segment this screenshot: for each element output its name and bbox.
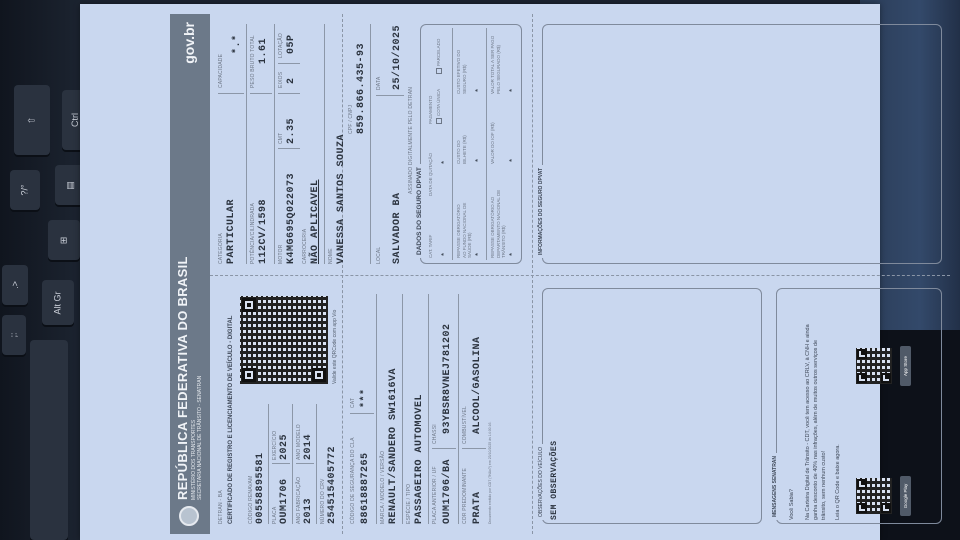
marca-modelo-label: MARCA / MODELO / VERSÃO [380,451,386,524]
especie-tipo-label: ESPÉCIE / TIPO [406,484,412,524]
repasse-fns-label: REPASSE OBRIGATÓRIO AO FUNDO NACIONAL DE… [456,198,473,258]
cat-value: *** [360,388,371,408]
data-value: 25/10/2025 [392,25,403,90]
header-subtitle: MINISTÉRIO DOS TRANSPORTES SECRETARIA NA… [191,376,203,500]
lotacao-value: 05P [286,34,297,54]
cpf-value: 859.866.435-93 [356,43,367,134]
cla-label: CÓDIGO DE SEGURANÇA DO CLA [350,437,356,524]
crlv-paper: REPÚBLICA FEDERATIVA DO BRASIL MINISTÉRI… [80,4,880,540]
mensagens-body: Na Carteira Digital de Trânsito - CDT, v… [804,320,828,520]
valor-iof-value: * [508,159,517,162]
repasse-fns-value: * [474,253,483,256]
carroceria-label: CARROCERIA [302,229,308,264]
cota-unica-checkbox[interactable] [436,118,442,124]
signed-note: ASSINADO DIGITALMENTE PELO DETRAN [408,87,414,194]
repasse-denatran-value: * [508,253,517,256]
custo-bilhete-label: CUSTO DO BILHETE (R$) [456,124,467,164]
categoria-label: CATEGORIA [218,233,224,264]
informacoes-dpvat-title: INFORMAÇÕES DO SEGURO DPVAT [538,165,544,258]
placa-label: PLACA [272,507,278,524]
mensagens-title: MENSAGENS SENATRAN [772,453,778,520]
lotacao-label: LOTAÇÃO [278,33,284,58]
cmt-label: CMT [278,133,284,144]
peso-bruto-value: 1.61 [258,38,269,64]
valor-total-label: VALOR TOTAL A SER PAGO PELO SEGURADO (R$… [490,34,501,94]
potencia-value: 112CV/1598 [258,199,269,264]
crv-label: NÚMERO DO CRV [320,478,326,524]
document-header: REPÚBLICA FEDERATIVA DO BRASIL MINISTÉRI… [170,14,210,534]
capacidade-value: *.* [232,34,243,54]
key-question: ?/° [10,170,40,210]
header-title: REPÚBLICA FEDERATIVA DO BRASIL [175,256,190,500]
combustivel-label: COMBUSTÍVEL [462,406,468,444]
key-shift: ⇧ [14,85,50,155]
exercicio-value: 2025 [279,434,290,460]
crlv-document: REPÚBLICA FEDERATIVA DO BRASIL MINISTÉRI… [170,14,950,534]
chassi-value: 93YBSR8VNEJ781202 [442,323,453,434]
marca-modelo-value: RENAULT/SANDERO SW1616VA [388,368,399,524]
validation-qr-code[interactable] [240,296,328,384]
app-store-qr-code[interactable] [856,348,892,384]
repasse-denatran-label: REPASSE OBRIGATÓRIO AO DEPARTAMENTO NACI… [490,188,507,258]
potencia-label: POTÊNCIA/CILINDRADA [250,203,256,264]
capacidade-label: CAPACIDADE [218,54,224,88]
emitted-note: Documento emitido por CDT (?Não?) em 23/… [488,422,492,524]
ano-modelo-value: 2014 [303,434,314,460]
especie-tipo-value: PASSAGEIRO AUTOMOVEL [414,394,425,524]
combustivel-value: ALCOOL/GASOLINA [472,336,483,434]
placa-value: OUM1706 [279,478,290,524]
observacoes-value: SEM OBSERVAÇÕES [550,440,559,520]
local-value: SALVADOR BA [392,192,403,264]
mensagens-heading: Você Sabia? [788,489,796,520]
motor-value: K4MG695Q022073 [286,173,297,264]
parcelado-option[interactable]: PARCELADO [436,39,442,74]
chassi-label: CHASSI [432,424,438,444]
eixos-label: EIXOS [278,72,284,88]
peso-bruto-label: PESO BRUTO TOTAL [250,35,256,88]
key-period: .> [2,265,28,305]
local-label: LOCAL [376,247,382,264]
key-space [30,340,68,540]
data-quitacao-value: * [440,161,449,164]
ano-fabricacao-value: 2013 [303,498,314,524]
custo-efetivo-label: CUSTO EFETIVO DO SEGURO (R$) [456,44,467,94]
mensagens-cta: Leia o QR Code e baixe agora. [834,444,842,520]
cla-value: 88618887265 [360,452,371,524]
cat-tarif-value: * [440,253,449,256]
custo-efetivo-value: * [474,89,483,92]
data-quitacao-label: DATA DE QUITAÇÃO [428,153,434,196]
valor-total-value: * [508,89,517,92]
crv-value: 254515405772 [327,446,338,524]
categoria-value: PARTICULAR [226,199,237,264]
govbr-logo: gov.br [181,22,197,64]
app-store-badge[interactable]: App Store [900,346,911,386]
cpf-label: CPF / CNPJ [348,105,354,134]
key-windows: ⊞ [48,220,80,260]
renavam-label: CÓDIGO RENAVAM [248,476,254,524]
eixos-value: 2 [286,77,297,84]
key-semicolon: ;: [2,315,26,355]
key-altgr: Alt Gr [42,280,74,325]
dpvat-title: DADOS DO SEGURO DPVAT [416,164,423,258]
parcelado-checkbox[interactable] [436,68,442,74]
valor-iof-label: VALOR DO IOF (R$) [490,114,496,164]
motor-label: MOTOR [278,244,284,264]
data-label: DATA [376,77,382,90]
cor-label: COR PREDOMINANTE [462,468,468,524]
google-play-qr-code[interactable] [856,478,892,514]
document-title: CERTIFICADO DE REGISTRO E LICENCIAMENTO … [228,316,234,524]
cota-unica-option[interactable]: COTA ÚNICA [436,89,442,124]
ano-modelo-label: ANO MODELO [296,424,302,460]
observacoes-box [542,288,762,524]
cat-label: CAT [350,398,356,408]
brasil-seal-icon [179,506,199,526]
renavam-value: 00558895581 [255,452,266,524]
observacoes-title: OBSERVAÇÕES DO VEÍCULO [538,444,544,520]
informacoes-dpvat-box [542,24,942,264]
detran-label: DETRAN - BA [218,490,224,524]
cat-tarif-label: CAT. TARIF [428,235,434,258]
cor-value: PRATA [472,491,483,524]
custo-bilhete-value: * [474,159,483,162]
carroceria-value: NÃO APLICAVEL [310,179,321,264]
pagamento-label: PAGAMENTO [428,96,434,124]
exercicio-label: EXERCÍCIO [272,431,278,460]
placa-anterior-value: OUM1706/BA [442,459,453,524]
placa-anterior-label: PLACA ANTERIOR / UF [432,466,438,524]
nome-value: VANESSA SANTOS SOUZA [336,134,347,264]
qr-caption: Valide este QRCode com app Vio [332,310,338,384]
keyboard-background: Ctrl ⇧ ?/° ▤ ⊞ Alt Gr .> ;: [0,0,90,540]
ano-fabricacao-label: ANO FABRICAÇÃO [296,477,302,524]
cmt-value: 2.35 [286,118,297,144]
nome-label: NOME [328,248,334,264]
google-play-badge[interactable]: Google Play [900,476,911,516]
